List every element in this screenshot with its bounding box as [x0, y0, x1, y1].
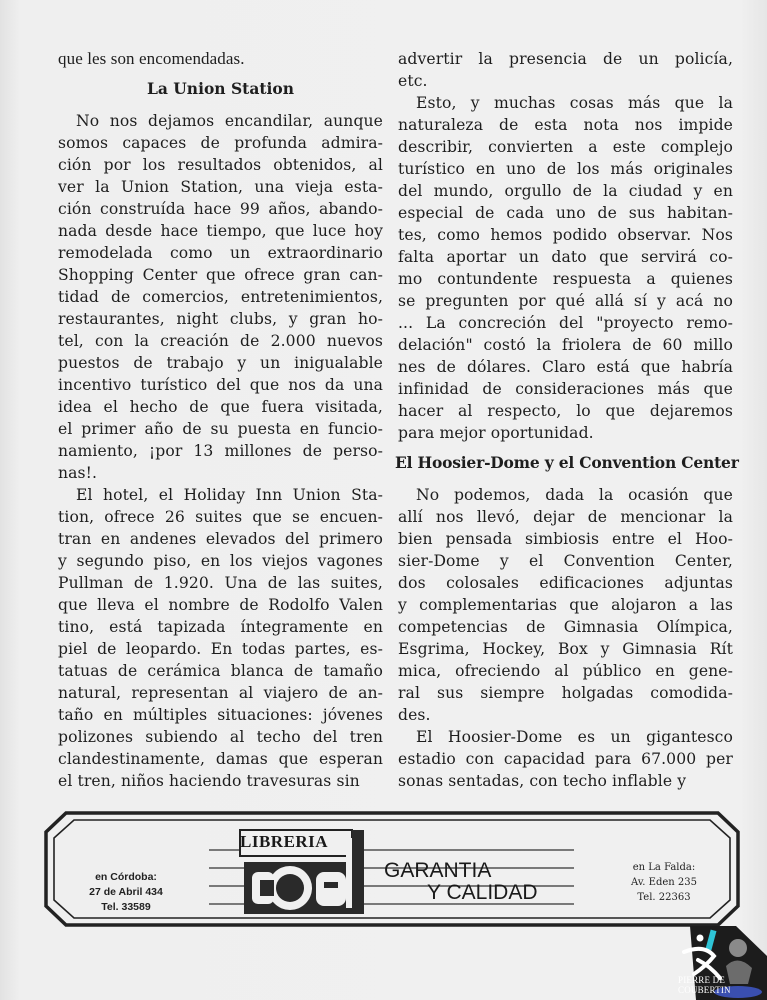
text-line: tran en andenes elevados del primero — [58, 528, 383, 550]
text-line: ver la Union Station, una vieja esta- — [58, 176, 383, 198]
text-line: polizones subiendo al techo del tren — [58, 726, 383, 748]
text-line: describir, convierten a este complejo — [398, 136, 733, 158]
brand-libreria: LIBRERIA — [240, 832, 328, 852]
address-phone: Tel. 22363 — [614, 890, 714, 905]
text-line: nes de dólares. Claro está que habría — [398, 356, 733, 378]
text-line: el tren, niños haciendo travesuras sin — [58, 770, 383, 792]
text-line: Pullman de 1.920. Una de las suites, — [58, 572, 383, 594]
address-cordoba: en Córdoba: 27 de Abril 434 Tel. 33589 — [76, 870, 176, 915]
text-line: el primer año de su puesta en funcio- — [58, 418, 383, 440]
text-line: tion, ofrece 26 suites que se encuen- — [58, 506, 383, 528]
text-line: bien pensada simbiosis entre el Hoo- — [398, 528, 733, 550]
paragraph-continuation: advertir la presencia de un policía,etc. — [398, 48, 733, 92]
watermark-text: PIERRE DE COUBERTIN — [678, 975, 767, 995]
address-phone: Tel. 33589 — [76, 900, 176, 915]
text-line: naturaleza de esta nota nos impide — [398, 114, 733, 136]
bookstore-advertisement: LIBRERIA GARANTIA Y CALIDAD en Córdoba: … — [44, 810, 740, 928]
text-line: idea el hecho de que fuera visitada, — [58, 396, 383, 418]
text-line: se pregunten por qué allá sí y acá no — [398, 290, 733, 312]
text-line: ral sus siempre holgadas comodida- — [398, 682, 733, 704]
address-street: 27 de Abril 434 — [76, 885, 176, 900]
text-line: ción por los resultados obtenidos, al — [58, 154, 383, 176]
paragraph-symbiosis: No podemos, dada la ocasión queallí nos … — [398, 484, 733, 726]
text-line: des. — [398, 704, 733, 726]
text-line: y complementarias que alojaron a las — [398, 594, 733, 616]
text-line: tel, con la creación de 2.000 nuevos — [58, 330, 383, 352]
text-line: turístico en uno de los más originales — [398, 158, 733, 180]
address-la-falda: en La Falda: Av. Eden 235 Tel. 22363 — [614, 860, 714, 905]
text-line: ... La concreción del "proyecto remo- — [398, 312, 733, 334]
text-line: nada desde hace tiempo, que luce hoy — [58, 220, 383, 242]
paragraph-hoosier-dome: El Hoosier-Dome es un gigantescoestadio … — [398, 726, 733, 792]
text-line: restaurantes, night clubs, y gran ho- — [58, 308, 383, 330]
slogan-line1: GARANTIA — [384, 859, 491, 882]
text-line: somos capaces de profunda admira- — [58, 132, 383, 154]
text-line: y segundo piso, en los viejos vagones — [58, 550, 383, 572]
text-line: delación" costó la friolera de 60 millo — [398, 334, 733, 356]
text-line: Shopping Center que ofrece gran can- — [58, 264, 383, 286]
section-heading-union-station: La Union Station — [58, 78, 383, 100]
text-line: incentivo turístico del que nos da una — [58, 374, 383, 396]
left-column: que les son encomendadas. La Union Stati… — [58, 48, 383, 792]
continuation-line: que les son encomendadas. — [58, 48, 383, 70]
right-column: advertir la presencia de un policía,etc.… — [398, 48, 733, 792]
text-line: mo contundente respuesta a quienes — [398, 268, 733, 290]
address-city: en La Falda: — [614, 860, 714, 875]
paragraph-hotel: El hotel, el Holiday Inn Union Sta-tion,… — [58, 484, 383, 792]
text-line: ción construída hace 99 años, abando- — [58, 198, 383, 220]
text-line: infinidad de consideraciones más que — [398, 378, 733, 400]
text-line: allí nos llevó, dejar de mencionar la — [398, 506, 733, 528]
text-line: etc. — [398, 70, 733, 92]
text-line: No podemos, dada la ocasión que — [398, 484, 733, 506]
section-heading-hoosier-dome: El Hoosier-Dome y el Convention Center — [395, 452, 733, 474]
text-line: para mejor oportunidad. — [398, 422, 733, 444]
text-line: tino, está tapizada íntegramente en — [58, 616, 383, 638]
text-line: puestos de trabajo y un inigualable — [58, 352, 383, 374]
text-line: clandestinamente, damas que esperan — [58, 748, 383, 770]
text-line: dos colosales edificaciones adjuntas — [398, 572, 733, 594]
text-line: competencias de Gimnasia Olímpica, — [398, 616, 733, 638]
text-line: nas!. — [58, 462, 383, 484]
text-line: que lleva el nombre de Rodolfo Valen — [58, 594, 383, 616]
text-line: natural, representan al viajero de an- — [58, 682, 383, 704]
text-line: Esgrima, Hockey, Box y Gimnasia Rít — [398, 638, 733, 660]
text-line: namiento, ¡por 13 millones de perso- — [58, 440, 383, 462]
text-line: del mundo, orgullo de la ciudad y en — [398, 180, 733, 202]
text-line: advertir la presencia de un policía, — [398, 48, 733, 70]
text-line: tidad de comercios, entretenimientos, — [58, 286, 383, 308]
text-line: piel de leopardo. En todas partes, es- — [58, 638, 383, 660]
slogan-line2: Y CALIDAD — [384, 882, 538, 904]
text-line: sier-Dome y el Convention Center, — [398, 550, 733, 572]
text-line: tes, como hemos podido observar. Nos — [398, 224, 733, 246]
text-line: estadio con capacidad para 67.000 per — [398, 748, 733, 770]
text-line: El hotel, el Holiday Inn Union Sta- — [58, 484, 383, 506]
text-line: No nos dejamos encandilar, aunque — [58, 110, 383, 132]
address-city: en Córdoba: — [76, 870, 176, 885]
text-line: taño en múltiples situaciones: jóvenes — [58, 704, 383, 726]
scanned-page: que les son encomendadas. La Union Stati… — [0, 0, 767, 1000]
slogan: GARANTIA Y CALIDAD — [384, 860, 538, 904]
text-line: hacer al respecto, lo que dejaremos — [398, 400, 733, 422]
text-line: falta aportar un dato que servirá co- — [398, 246, 733, 268]
paragraph-complex: Esto, y muchas cosas más que lanaturalez… — [398, 92, 733, 444]
address-street: Av. Eden 235 — [614, 875, 714, 890]
text-line: especial de cada uno de sus habitan- — [398, 202, 733, 224]
text-line: El Hoosier-Dome es un gigantesco — [398, 726, 733, 748]
text-line: Esto, y muchas cosas más que la — [398, 92, 733, 114]
paragraph-union-station: No nos dejamos encandilar, aunquesomos c… — [58, 110, 383, 484]
text-line: tatuas de cerámica blanca de tamaño — [58, 660, 383, 682]
text-line: mica, ofreciendo al público en gene- — [398, 660, 733, 682]
text-line: sonas sentadas, con techo inflable y — [398, 770, 733, 792]
text-line: remodelada como un extraordinario — [58, 242, 383, 264]
